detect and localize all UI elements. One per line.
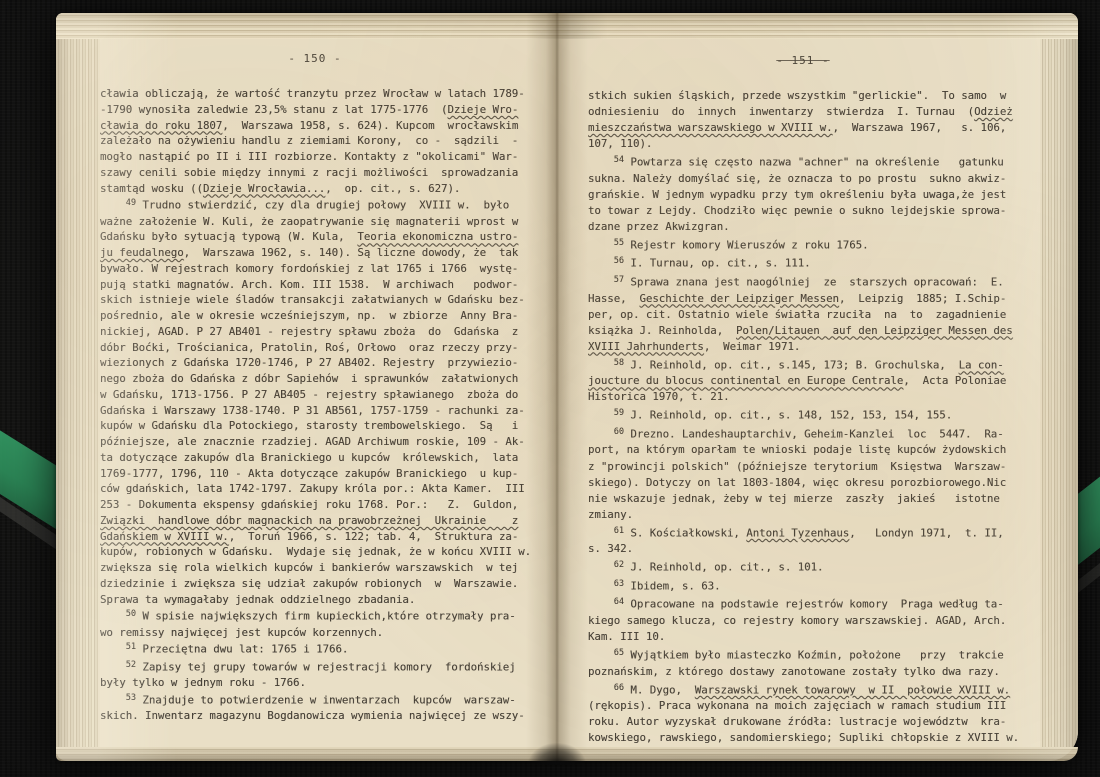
text-segment: książka J. Reinholda,: [588, 324, 736, 337]
text-line: to towar z Lejdy. Chodziło więc pewnie o…: [588, 203, 1018, 219]
text-segment: cławia obliczają, że wartość tranzytu pr…: [100, 87, 525, 100]
text-segment: 253 - Dokumenta ekspensy gdańskiej roku …: [100, 498, 518, 511]
text-line: port, na którym oparłam te wnioski podaj…: [588, 442, 1018, 458]
text-line: dóbr Boćki, Trościanica, Pratolin, Roś, …: [100, 340, 530, 356]
text-segment: ta dotyczące zakupów dla Branickiego u k…: [100, 451, 518, 464]
text-line: 52 Zapisy tej grupy towarów w rejestracj…: [100, 658, 530, 675]
text-segment: W spisie największych firm kupieckich,kt…: [136, 610, 516, 623]
footnote-number: 56: [614, 256, 624, 266]
underlined-title: ju feudalnego: [100, 246, 184, 259]
text-segment: dzane przez Akwizgran.: [588, 220, 730, 233]
text-segment: J. Reinhold, op. cit., s.145, 173; B. Gr…: [624, 358, 959, 371]
footnote-number: 59: [614, 408, 624, 418]
footnote-number: 57: [614, 275, 624, 285]
footnote-number: 51: [126, 642, 136, 652]
text-segment: Wyjątkiem było miasteczko Koźmin, położo…: [624, 649, 1004, 662]
text-line: 64 Opracowane na podstawie rejestrów kom…: [588, 594, 1018, 613]
text-line: joucture du blocus continental en Europe…: [588, 373, 1018, 389]
gutter-shadow: [526, 13, 588, 761]
footnote-number: 55: [614, 238, 624, 248]
text-segment: [588, 579, 614, 592]
text-line: stamtąd wosku ((Dzieje Wrocławia..., op.…: [100, 181, 530, 197]
text-line: 58 J. Reinhold, op. cit., s.145, 173; B.…: [588, 355, 1018, 374]
text-line: były tylko w jednym roku - 1766.: [100, 675, 530, 691]
text-segment: skiego). Dotyczy on lat 1803-1804, więc …: [588, 476, 1006, 489]
open-book: - 150 - cławia obliczają, że wartość tra…: [56, 13, 1078, 761]
text-line: Gdańskiem w XVIII w., Toruń 1966, s. 122…: [100, 529, 530, 545]
text-segment: kupów, robionych w Gdańsku. Wydaje się j…: [100, 545, 531, 558]
left-text: cławia obliczają, że wartość tranzytu pr…: [100, 86, 530, 724]
text-line: roku. Autor wyzyskał drukowane źródła: l…: [588, 714, 1018, 730]
text-segment: [588, 358, 614, 371]
text-segment: Powtarza się często nazwa "achner" na ok…: [624, 156, 1004, 169]
underlined-title: cławia do roku 1807: [100, 119, 222, 132]
text-segment: nickiej, AGAD. P 27 AB401 - rejestry spł…: [100, 325, 518, 338]
text-line: zwiększa się rola wielkich kupców i bank…: [100, 560, 530, 576]
text-line: 62 J. Reinhold, op. cit., s. 101.: [588, 557, 1018, 576]
text-segment: [588, 156, 614, 169]
text-segment: w Gdańsku, 1713-1756. P 27 AB405 - rejes…: [100, 388, 518, 401]
text-segment: [588, 257, 614, 270]
text-line: kupów w Gdańsku dla Potockiego, starosty…: [100, 418, 530, 434]
text-line: kupów, robionych w Gdańsku. Wydaje się j…: [100, 544, 530, 560]
text-line: dziedzinie i zwiększa się udział zakupów…: [100, 576, 530, 592]
underlined-title: Odzież: [974, 105, 1013, 118]
text-line: nie wskazuje jednak, żeby w tej mierze z…: [588, 491, 1018, 507]
text-line: ju feudalnego, Warszawa 1962, s. 140). S…: [100, 245, 530, 261]
text-line: 55 Rejestr komory Wieruszów z roku 1765.: [588, 235, 1018, 254]
text-line: cławia obliczają, że wartość tranzytu pr…: [100, 86, 530, 102]
underlined-title: Geschichte der Leipziger Messen: [639, 292, 838, 305]
text-segment: , Warszawa 1958, s. 624). Kupcom wrocław…: [222, 119, 518, 132]
text-segment: M. Dygo,: [624, 683, 695, 696]
text-segment: port, na którym oparłam te wnioski podaj…: [588, 443, 1006, 456]
text-segment: Historica 1970, t. 21.: [588, 390, 730, 403]
text-line: szawy cenili sobie między innymi z racji…: [100, 165, 530, 181]
text-line: Gdańska i Warszawy 1738-1740. P 31 AB561…: [100, 403, 530, 419]
text-line: 66 M. Dygo, Warszawski rynek towarowy w …: [588, 680, 1018, 699]
text-line: z "prowincji polskich" (późniejsze teryt…: [588, 459, 1018, 475]
text-segment: szawy cenili sobie między innymi z racji…: [100, 166, 518, 179]
text-line: pują statki magnatów. Arch. Kom. III 153…: [100, 277, 530, 293]
text-line: mogło nastąpić po II i III rozbiorze. Ko…: [100, 149, 530, 165]
text-line: 49 Trudno stwierdzić, czy dla drugiej po…: [100, 196, 530, 213]
text-line: ważne założenie W. Kuli, że zaopatrywani…: [100, 214, 530, 230]
text-line: Hasse, Geschichte der Leipziger Messen, …: [588, 291, 1018, 307]
text-line: stkich sukien śląskich, przede wszystkim…: [588, 88, 1018, 104]
text-line: XVIII Jahrhunderts, Weimar 1971.: [588, 339, 1018, 355]
text-line: per, op. cit. Ostatnio wiele światła rzu…: [588, 307, 1018, 323]
text-segment: per, op. cit. Ostatnio wiele światła rzu…: [588, 308, 1006, 321]
text-line: pośrednio, ale w okresie wcześniejszym, …: [100, 308, 530, 324]
text-line: 65 Wyjątkiem było miasteczko Koźmin, poł…: [588, 645, 1018, 664]
text-line: książka J. Reinholda, Polen/Litauen auf …: [588, 323, 1018, 339]
left-page-number: - 150 -: [100, 52, 530, 65]
text-segment: ców gdańskich, lata 1742-1797. Zakupy kr…: [100, 482, 525, 495]
text-segment: kupów w Gdańsku dla Potockiego, starosty…: [100, 419, 518, 432]
underlined-title: joucture du blocus continental en Europe…: [588, 374, 903, 387]
underlined-title: mieszczaństwa warszawskiego w XVIII w.: [588, 121, 833, 134]
text-segment: Znajduje to potwierdzenie w inwentarzach…: [136, 693, 516, 706]
footnote-number: 60: [614, 427, 624, 437]
underlined-title: La con-: [959, 358, 1004, 371]
text-segment: dóbr Boćki, Trościanica, Pratolin, Roś, …: [100, 341, 518, 354]
text-segment: bywało. W rejestrach komory fordońskiej …: [100, 262, 518, 275]
text-line: skiego). Dotyczy on lat 1803-1804, więc …: [588, 475, 1018, 491]
text-line: dzane przez Akwizgran.: [588, 219, 1018, 235]
footnote-number: 66: [614, 683, 624, 693]
text-segment: Sprawa znana jest naogólniej ze starszyc…: [624, 276, 1004, 289]
text-segment: [588, 598, 614, 611]
text-line: kiego samego klucza, co rejestry komory …: [588, 613, 1018, 629]
text-line: 54 Powtarza się często nazwa "achner" na…: [588, 152, 1018, 171]
text-line: skich istnieje wiele śladów transakcji z…: [100, 292, 530, 308]
underlined-title: Polen/Litauen auf den Leipziger Messen d…: [736, 324, 1013, 337]
text-line: bywało. W rejestrach komory fordońskiej …: [100, 261, 530, 277]
text-segment: J. Reinhold, op. cit., s. 148, 152, 153,…: [624, 409, 952, 422]
text-segment: , Warszawa 1967, s. 106,: [833, 121, 1007, 134]
right-fore-edge: [1040, 13, 1078, 761]
text-segment: (rękopis). Praca wykonana na moich zajęc…: [588, 699, 1006, 712]
text-segment: , Acta Poloniae: [903, 374, 1006, 387]
footnote-number: 61: [614, 526, 624, 536]
text-segment: [100, 199, 126, 212]
underlined-title: Warszawski rynek towarowy w II połowie X…: [695, 683, 1010, 696]
text-segment: to towar z Lejdy. Chodziło więc pewnie o…: [588, 204, 1006, 217]
text-segment: [588, 526, 614, 539]
text-line: 253 - Dokumenta ekspensy gdańskiej roku …: [100, 497, 530, 513]
footnote-number: 54: [614, 155, 624, 165]
text-segment: Gdańsku było sytuacją typową (W. Kula,: [100, 230, 357, 243]
text-segment: [588, 427, 614, 440]
text-segment: , op. cit., s. 627).: [325, 182, 460, 195]
text-segment: [588, 409, 614, 422]
underlined-title: XVIII Jahrhunderts: [588, 340, 704, 353]
text-segment: [588, 683, 614, 696]
text-line: kowskiego, rawskiego, sandomierskiego; S…: [588, 730, 1018, 746]
footnote-number: 52: [126, 660, 136, 670]
text-line: -1790 wynosiła zaledwie 23,5% stanu z la…: [100, 102, 530, 118]
underlined-title: Związki handlowe dóbr magnackich na praw…: [100, 514, 518, 527]
text-segment: skich. Inwentarz magazynu Bogdanowicza w…: [100, 709, 525, 722]
left-page: - 150 - cławia obliczają, że wartość tra…: [100, 13, 530, 761]
text-segment: z "prowincji polskich" (późniejsze teryt…: [588, 460, 1006, 473]
text-segment: [588, 561, 614, 574]
text-segment: Sprawa ta wymagałaby jednak oddzielnego …: [100, 593, 415, 606]
text-line: 53 Znajduje to potwierdzenie w inwentarz…: [100, 691, 530, 708]
text-line: nickiej, AGAD. P 27 AB401 - rejestry spł…: [100, 324, 530, 340]
text-segment: [100, 660, 126, 673]
text-line: 61 S. Kościałkowski, Antoni Tyzenhaus, L…: [588, 523, 1018, 542]
text-segment: nego zboża do Gdańska z dóbr Sapiehów i …: [100, 372, 518, 385]
text-segment: roku. Autor wyzyskał drukowane źródła: l…: [588, 715, 1006, 728]
text-segment: nie wskazuje jednak, żeby w tej mierze z…: [588, 492, 1000, 505]
text-segment: 1769-1777, 1796, 110 - Akta dotyczące za…: [100, 467, 518, 480]
text-line: ców gdańskich, lata 1742-1797. Zakupy kr…: [100, 481, 530, 497]
text-line: poznańskim, z którego dostawy zanotowane…: [588, 664, 1018, 680]
text-segment: [588, 276, 614, 289]
underlined-title: Dzieje Wrocławia...: [203, 182, 325, 195]
text-segment: Gdańska i Warszawy 1738-1740. P 31 AB561…: [100, 404, 525, 417]
text-line: skich. Inwentarz magazynu Bogdanowicza w…: [100, 708, 530, 724]
text-segment: [100, 693, 126, 706]
text-segment: s. 342.: [588, 542, 633, 555]
text-segment: mogło nastąpić po II i III rozbiorze. Ko…: [100, 150, 518, 163]
text-segment: 107, 110).: [588, 137, 652, 150]
text-segment: poznańskim, z którego dostawy zanotowane…: [588, 665, 1000, 678]
left-fore-edge: [56, 13, 100, 761]
text-segment: J. Reinhold, op. cit., s. 101.: [624, 561, 823, 574]
text-segment: Zapisy tej grupy towarów w rejestracji k…: [136, 660, 516, 673]
text-segment: ważne założenie W. Kuli, że zaopatrywani…: [100, 215, 518, 228]
text-segment: Hasse,: [588, 292, 639, 305]
text-line: 107, 110).: [588, 136, 1018, 152]
text-line: zależało na ożywieniu handlu z ziemiami …: [100, 133, 530, 149]
text-segment: [588, 238, 614, 251]
text-segment: , Warszawa 1962, s. 140). Są liczne dowo…: [184, 246, 519, 259]
text-line: zmiany.: [588, 507, 1018, 523]
footnote-number: 65: [614, 648, 624, 658]
text-segment: zmiany.: [588, 508, 633, 521]
footnote-number: 49: [126, 198, 136, 208]
footnote-number: 63: [614, 579, 624, 589]
text-segment: stkich sukien śląskich, przede wszystkim…: [588, 89, 1006, 102]
footnote-number: 62: [614, 560, 624, 570]
text-line: wo remissy najwięcej jest kupców korzenn…: [100, 625, 530, 641]
text-line: wiezionych z Gdańska 1720-1746, P 27 AB4…: [100, 355, 530, 371]
underlined-title: Teoria ekonomiczna ustro-: [357, 230, 518, 243]
text-line: Związki handlowe dóbr magnackich na praw…: [100, 513, 530, 529]
text-segment: I. Turnau, op. cit., s. 111.: [624, 257, 811, 270]
text-line: nego zboża do Gdańska z dóbr Sapiehów i …: [100, 371, 530, 387]
text-segment: wo remissy najwięcej jest kupców korzenn…: [100, 626, 383, 639]
text-segment: -1790 wynosiła zaledwie 23,5% stanu z la…: [100, 103, 447, 116]
text-segment: Opracowane na podstawie rejestrów komory…: [624, 598, 1004, 611]
text-segment: grańskie. W jednym wypadku przy tym okre…: [588, 188, 1006, 201]
text-segment: kowskiego, rawskiego, sandomierskiego; S…: [588, 731, 1019, 744]
text-segment: Kam. III 10.: [588, 630, 665, 643]
gutter-bottom-notch: [528, 743, 586, 765]
underlined-title: Dzieje Wro-: [447, 103, 518, 116]
text-line: 56 I. Turnau, op. cit., s. 111.: [588, 253, 1018, 272]
footnote-number: 53: [126, 693, 136, 703]
text-segment: Trudno stwierdzić, czy dla drugiej połow…: [136, 199, 509, 212]
text-segment: [100, 643, 126, 656]
text-segment: Przeciętna dwu lat: 1765 i 1766.: [136, 643, 348, 656]
text-segment: odniesieniu do innych inwentarzy stwierd…: [588, 105, 974, 118]
text-segment: , Leipzig 1885; I.Schip-: [839, 292, 1006, 305]
underlined-title: Antoni Tyzenhaus: [746, 526, 849, 539]
text-line: 51 Przeciętna dwu lat: 1765 i 1766.: [100, 640, 530, 657]
text-line: mieszczaństwa warszawskiego w XVIII w., …: [588, 120, 1018, 136]
text-segment: Rejestr komory Wieruszów z roku 1765.: [624, 238, 869, 251]
text-line: (rękopis). Praca wykonana na moich zajęc…: [588, 698, 1018, 714]
text-line: Kam. III 10.: [588, 629, 1018, 645]
text-segment: stamtąd wosku ((: [100, 182, 203, 195]
text-line: 50 W spisie największych firm kupieckich…: [100, 607, 530, 624]
text-line: 60 Drezno. Landeshauptarchiv, Geheim-Kan…: [588, 424, 1018, 443]
text-line: w Gdańsku, 1713-1756. P 27 AB405 - rejes…: [100, 387, 530, 403]
text-segment: [588, 649, 614, 662]
text-line: cławia do roku 1807, Warszawa 1958, s. 6…: [100, 118, 530, 134]
photo-background: - 150 - cławia obliczają, że wartość tra…: [0, 0, 1100, 777]
text-line: 59 J. Reinhold, op. cit., s. 148, 152, 1…: [588, 405, 1018, 424]
text-line: 63 Ibidem, s. 63.: [588, 576, 1018, 595]
text-line: Gdańsku było sytuacją typową (W. Kula, T…: [100, 229, 530, 245]
text-segment: zwiększa się rola wielkich kupców i bank…: [100, 561, 518, 574]
text-line: sukna. Należy domyślać się, że oznacza t…: [588, 171, 1018, 187]
text-segment: [100, 610, 126, 623]
text-line: 1769-1777, 1796, 110 - Akta dotyczące za…: [100, 466, 530, 482]
text-segment: , Weimar 1971.: [704, 340, 801, 353]
text-segment: kiego samego klucza, co rejestry komory …: [588, 614, 1006, 627]
text-line: s. 342.: [588, 541, 1018, 557]
text-segment: dziedzinie i zwiększa się udział zakupów…: [100, 577, 518, 590]
text-line: ta dotyczące zakupów dla Branickiego u k…: [100, 450, 530, 466]
text-segment: późniejsze, ale znacznie rzadziej. AGAD …: [100, 435, 525, 448]
text-segment: sukna. Należy domyślać się, że oznacza t…: [588, 172, 1006, 185]
text-segment: zależało na ożywieniu handlu z ziemiami …: [100, 134, 518, 147]
text-segment: S. Kościałkowski,: [624, 526, 746, 539]
text-segment: Ibidem, s. 63.: [624, 579, 721, 592]
text-segment: Drezno. Landeshauptarchiv, Geheim-Kanzle…: [624, 427, 1004, 440]
text-segment: pują statki magnatów. Arch. Kom. III 153…: [100, 278, 518, 291]
text-line: 57 Sprawa znana jest naogólniej ze stars…: [588, 272, 1018, 291]
text-segment: skich istnieje wiele śladów transakcji z…: [100, 293, 525, 306]
text-segment: pośrednio, ale w okresie wcześniejszym, …: [100, 309, 518, 322]
underlined-title: Gdańskiem w XVIII w.: [100, 530, 229, 543]
footnote-number: 50: [126, 609, 136, 619]
text-line: odniesieniu do innych inwentarzy stwierd…: [588, 104, 1018, 120]
text-segment: były tylko w jednym roku - 1766.: [100, 676, 306, 689]
right-page-number: - 151 -: [588, 54, 1018, 67]
text-line: Sprawa ta wymagałaby jednak oddzielnego …: [100, 592, 530, 608]
text-segment: , Londyn 1971, t. II,: [849, 526, 1003, 539]
footnote-number: 58: [614, 358, 624, 368]
right-text: stkich sukien śląskich, przede wszystkim…: [588, 88, 1018, 746]
text-line: późniejsze, ale znacznie rzadziej. AGAD …: [100, 434, 530, 450]
text-segment: wiezionych z Gdańska 1720-1746, P 27 AB4…: [100, 356, 518, 369]
text-segment: , Toruń 1966, s. 122; tab. 4, Struktura …: [229, 530, 519, 543]
text-line: Historica 1970, t. 21.: [588, 389, 1018, 405]
text-line: grańskie. W jednym wypadku przy tym okre…: [588, 187, 1018, 203]
footnote-number: 64: [614, 597, 624, 607]
right-page: - 151 - stkich sukien śląskich, przede w…: [588, 13, 1018, 761]
